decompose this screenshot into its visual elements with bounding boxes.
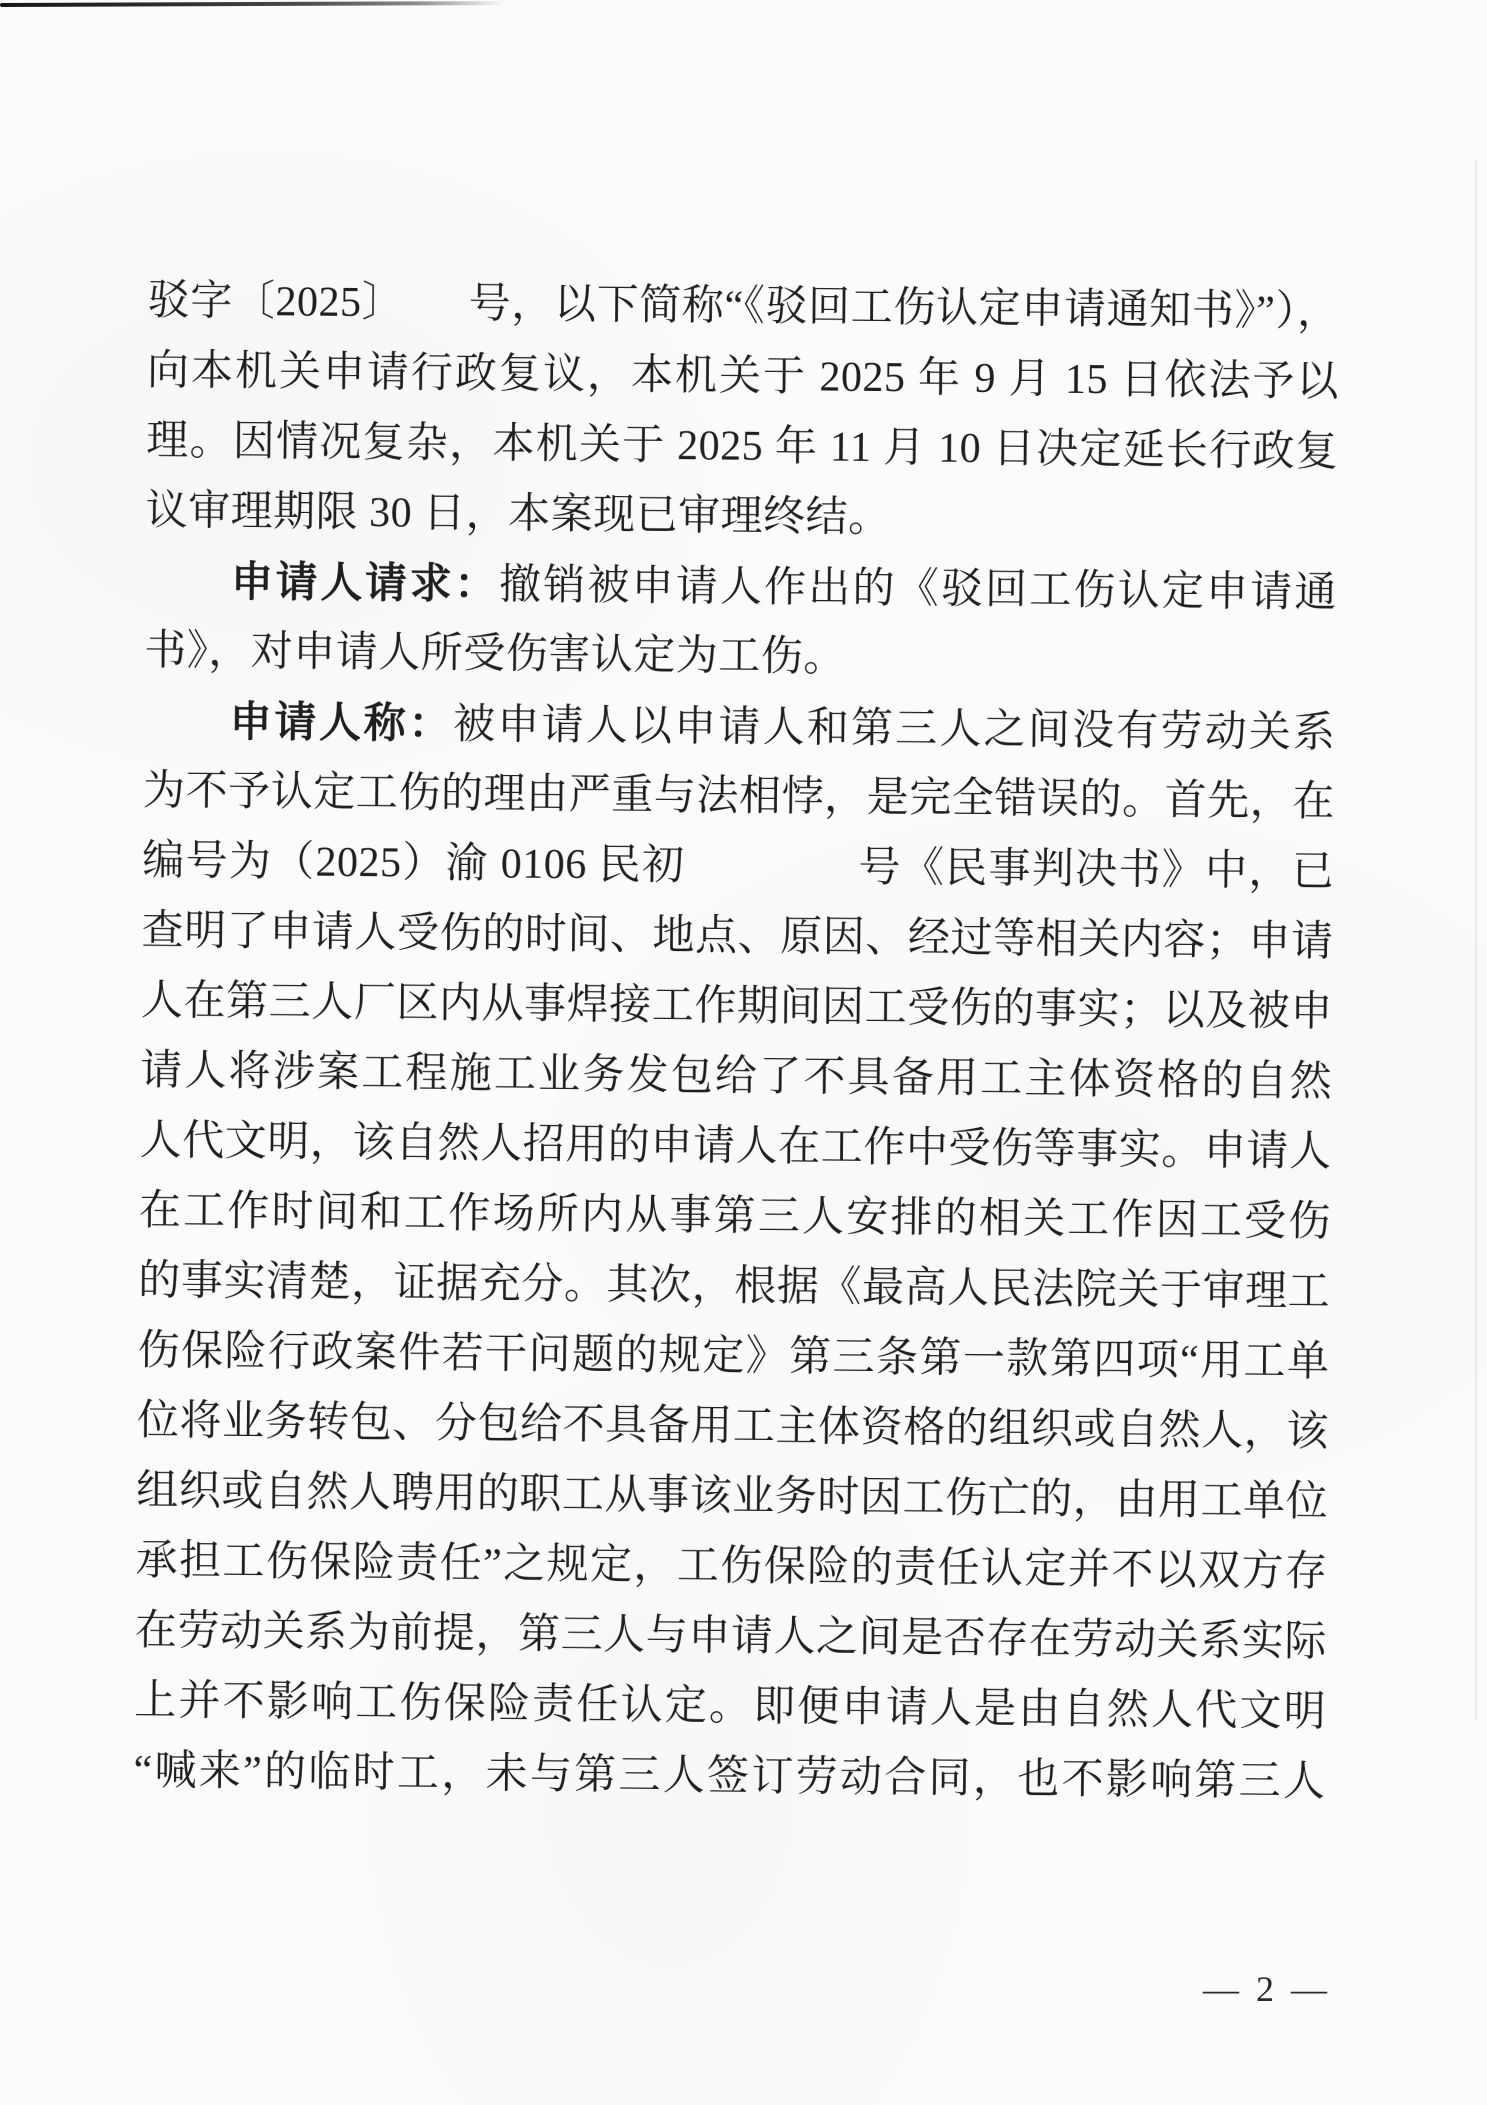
line-text: 位将业务转包、分包给不具备用工主体资格的组织或自然人，该 <box>137 1398 1329 1455</box>
text-line: 在劳动关系为前提，第三人与申请人之间是否存在劳动关系实际 <box>135 1596 1328 1677</box>
page-number: — 2 — <box>1203 1968 1331 2010</box>
line-text: 在工作时间和工作场所内从事第三人安排的相关工作因工受伤 <box>139 1188 1331 1245</box>
text-line: 申请人请求：撤销被申请人作出的《驳回工伤认定申请通知 <box>145 546 1338 627</box>
line-text: 人在第三人厂区内从事焊接工作期间因工受伤的事实；以及被申 <box>141 978 1333 1035</box>
text-line: 人代文明，该自然人招用的申请人在工作中受伤等事实。申请人 <box>139 1106 1332 1187</box>
line-text: 查明了申请人受伤的时间、地点、原因、经过等相关内容；申请 <box>141 908 1333 965</box>
text-line: 承担工伤保险责任”之规定，工伤保险的责任认定并不以双方存 <box>135 1526 1328 1607</box>
text-line: 请人将涉案工程施工业务发包给了不具备用工主体资格的自然 <box>140 1036 1333 1117</box>
page-edge-shadow <box>1475 160 1477 1720</box>
text-line: 理。因情况复杂，本机关于 2025 年 11 月 10 日决定延长行政复 <box>146 406 1339 487</box>
text-line: 的事实清楚，证据充分。其次，根据《最高人民法院关于审理工 <box>138 1246 1331 1327</box>
text-line: 位将业务转包、分包给不具备用工主体资格的组织或自然人，该 <box>137 1386 1330 1467</box>
line-text: 承担工伤保险责任”之规定，工伤保险的责任认定并不以双方存 <box>135 1538 1327 1595</box>
text-line: 组织或自然人聘用的职工从事该业务时因工伤亡的，由用工单位 <box>136 1456 1329 1537</box>
line-text: 为不予认定工伤的理由严重与法相悖，是完全错误的。首先，在 <box>143 768 1335 825</box>
line-text: “喊来”的临时工，未与第三人签订劳动合同，也不影响第三人 <box>133 1748 1325 1805</box>
text-line: 申请人称：被申请人以申请人和第三人之间没有劳动关系作 <box>143 686 1336 767</box>
text-line: 书》，对申请人所受伤害认定为工伤。 <box>144 616 1337 697</box>
line-text: 人代文明，该自然人招用的申请人在工作中受伤等事实。申请人 <box>139 1118 1331 1175</box>
text-line: 人在第三人厂区内从事焊接工作期间因工受伤的事实；以及被申 <box>141 966 1334 1047</box>
text-line: 查明了申请人受伤的时间、地点、原因、经过等相关内容；申请 <box>141 896 1334 977</box>
line-text: 驳字〔2025〕 号，以下简称“《驳回工伤认定申请通知书》”）， <box>147 278 1339 335</box>
line-text: 的事实清楚，证据充分。其次，根据《最高人民法院关于审理工 <box>138 1258 1330 1315</box>
line-text: 伤保险行政案件若干问题的规定》第三条第一款第四项“用工单 <box>137 1328 1329 1385</box>
text-line: 驳字〔2025〕 号，以下简称“《驳回工伤认定申请通知书》”）， <box>147 266 1340 347</box>
line-text: 请人将涉案工程施工业务发包给了不具备用工主体资格的自然 <box>140 1048 1332 1105</box>
text-line: 编号为（2025）渝 0106 民初 号《民事判决书》中，已经 <box>142 826 1335 907</box>
text-line: 在工作时间和工作场所内从事第三人安排的相关工作因工受伤 <box>139 1176 1332 1257</box>
text-line: 伤保险行政案件若干问题的规定》第三条第一款第四项“用工单 <box>137 1316 1330 1397</box>
line-text: 在劳动关系为前提，第三人与申请人之间是否存在劳动关系实际 <box>135 1608 1327 1665</box>
text-line: 上并不影响工伤保险责任认定。即便申请人是由自然人代文明 <box>134 1666 1327 1747</box>
line-text: 上并不影响工伤保险责任认定。即便申请人是由自然人代文明 <box>134 1678 1326 1735</box>
scan-artifact-line <box>0 1 505 7</box>
scanned-document-page: { "colors": { "paper": "#fbfbf9", "ink":… <box>0 0 1487 2105</box>
text-line: 议审理期限 30 日，本案现已审理终结。 <box>145 476 1338 557</box>
paragraph-lead-request: 申请人请求： <box>231 558 500 608</box>
line-text: 书》，对申请人所受伤害认定为工伤。 <box>144 628 846 681</box>
line-text: 组织或自然人聘用的职工从事该业务时因工伤亡的，由用工单位 <box>136 1468 1328 1525</box>
paragraph-lead-claim: 申请人称： <box>229 698 453 747</box>
text-line: 为不予认定工伤的理由严重与法相悖，是完全错误的。首先，在 <box>143 756 1336 837</box>
text-line: 向本机关申请行政复议，本机关于 2025 年 9 月 15 日依法予以受 <box>147 336 1340 417</box>
line-text: 理。因情况复杂，本机关于 2025 年 11 月 10 日决定延长行政复 <box>146 418 1338 475</box>
text-line: “喊来”的临时工，未与第三人签订劳动合同，也不影响第三人 <box>133 1736 1326 1817</box>
document-body: 驳字〔2025〕 号，以下简称“《驳回工伤认定申请通知书》”）， 向本机关申请行… <box>133 266 1340 1817</box>
line-text: 议审理期限 30 日，本案现已审理终结。 <box>145 488 890 541</box>
